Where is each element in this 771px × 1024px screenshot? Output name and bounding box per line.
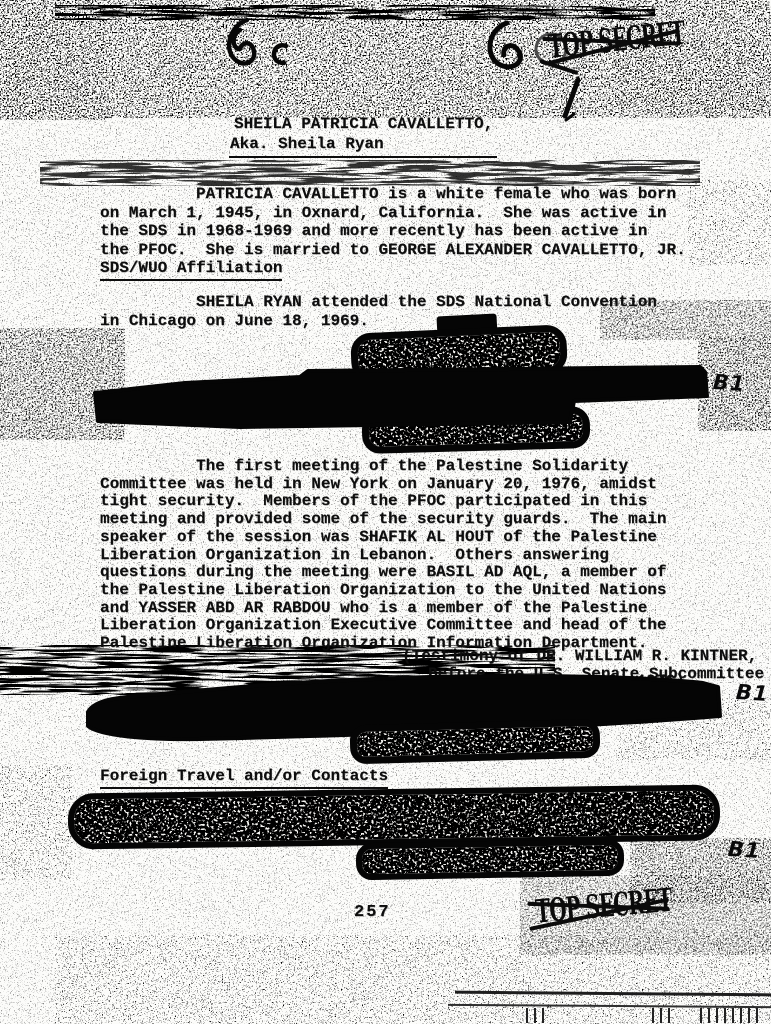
sds-wuo-affiliation-heading: SDS/WUO Affiliation [100,259,282,281]
document-title-line1: SHEILA PATRICIA CAVALLETTO, [229,115,497,134]
redaction-blob-small [356,839,625,881]
top-secret-stamp-top: TOP SECRET [547,20,682,74]
redaction-outlined-box-1 [350,324,568,382]
scan-artifact-line [455,991,771,996]
sds-paragraph: SHEILA RYAN attended the SDS National Co… [100,293,657,330]
scan-artifact-ticks [700,1008,764,1023]
testimony-line1: (Testimony of DR. WILLIAM R. KINTNER, [402,647,757,666]
margin-note-b1-3: B1 [727,837,761,863]
margin-note-b1-1: B1 [712,370,746,396]
scan-artifact-ticks [526,1008,544,1023]
redaction-outlined-box-2 [361,406,590,454]
intro-paragraph: PATRICIA CAVALLETTO is a white female wh… [100,185,686,259]
document-title-line2: Aka. Sheila Ryan [229,134,497,158]
testimony-date-fragment: une 18, 1976) [560,672,685,691]
foreign-travel-heading: Foreign Travel and/or Contacts [100,767,388,789]
handwritten-scribble-top-left [229,20,286,63]
document-title-block: SHEILA PATRICIA CAVALLETTO, Aka. Sheila … [229,115,497,158]
scan-artifact-ticks [652,1008,674,1023]
page-number: 257 [354,903,391,923]
top-secret-stamp-bottom: TOP SECRET [535,887,670,938]
document-page: TOP SECRET SHEILA PATRICIA CAVALLETTO, A… [0,0,771,1024]
margin-note-b1-2: B1 [735,680,769,706]
redaction-outlined-box-3 [350,719,601,765]
psc-paragraph: The first meeting of the Palestine Solid… [100,458,667,653]
redaction-blob-large [68,784,721,849]
